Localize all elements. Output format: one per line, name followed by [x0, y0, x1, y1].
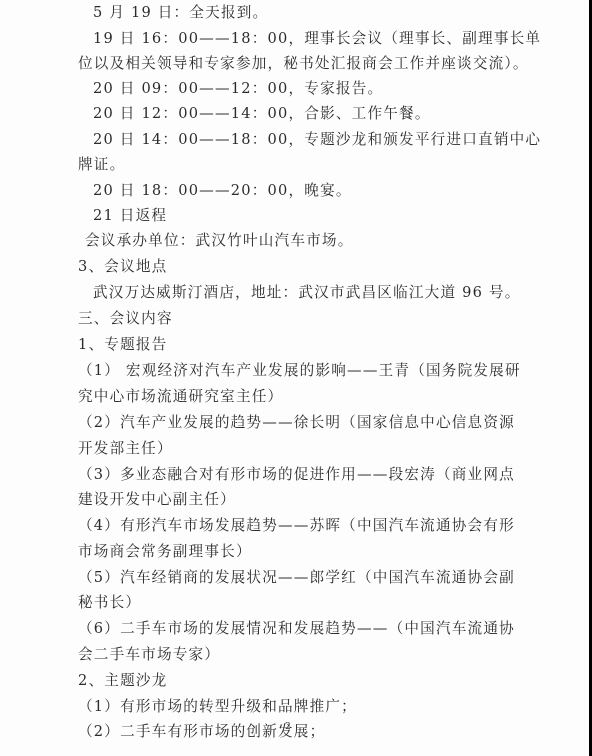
text-line: 三、会议内容: [78, 309, 173, 329]
text-line: 建设开发中心副主任）: [78, 490, 236, 510]
text-line: （3）多业态融合对有形市场的促进作用——段宏涛（商业网点: [78, 465, 515, 485]
text-line: （6）二手车市场的发展情况和发展趋势——（中国汽车流通协: [78, 619, 515, 639]
text-line: （2）汽车产业发展的趋势——徐长明（国家信息中心信息资源: [78, 413, 515, 433]
text-line: 牌证。: [78, 155, 125, 175]
text-line: （1） 宏观经济对汽车产业发展的影响——王青（国务院发展研: [78, 361, 521, 381]
text-line: 会议承办单位：武汉竹叶山汽车市场。: [85, 231, 354, 251]
text-line: 开发部主任）: [78, 439, 173, 459]
text-line: 20 日 14：00——18：00，专题沙龙和颁发平行进口直销中心: [93, 130, 541, 150]
text-line: （5）汽车经销商的发展状况——郎学红（中国汽车流通协会副: [78, 568, 515, 588]
text-line: 20 日 12：00——14：00，合影、工作午餐。: [93, 104, 431, 124]
text-line: 3、会议地点: [78, 257, 167, 277]
text-line: 1、专题报告: [78, 335, 167, 355]
text-line: 武汉万达威斯汀酒店，地址：武汉市武昌区临江大道 96 号。: [93, 283, 521, 303]
text-line: 20 日 09：00——12：00，专家报告。: [93, 79, 383, 99]
text-line: 21 日返程: [93, 206, 167, 226]
text-line: 5 月 19 日：全天报到。: [93, 3, 268, 23]
text-line: 秘书长）: [78, 593, 141, 613]
text-line: （1）有形市场的转型升级和品牌推广；: [78, 697, 357, 717]
text-line: 会二手车市场专家）: [78, 645, 220, 665]
text-line: 位以及相关领导和专家参加，秘书处汇报商会工作并座谈交流）。: [78, 54, 529, 74]
document-page: 5 月 19 日：全天报到。19 日 16：00——18：00，理事长会议（理事…: [0, 0, 589, 756]
text-line: （4）有形汽车市场发展趋势——苏晖（中国汽车流通协会有形: [78, 516, 515, 536]
page-number: 2: [285, 722, 291, 732]
text-line: 19 日 16：00——18：00，理事长会议（理事长、副理事长单: [93, 29, 541, 49]
text-line: 20 日 18：00——20：00，晚宴。: [93, 181, 352, 201]
text-line: 2、主题沙龙: [78, 671, 167, 691]
text-line: 市场商会常务副理事长）: [78, 542, 252, 562]
text-line: 究中心市场流通研究室主任）: [78, 387, 283, 407]
